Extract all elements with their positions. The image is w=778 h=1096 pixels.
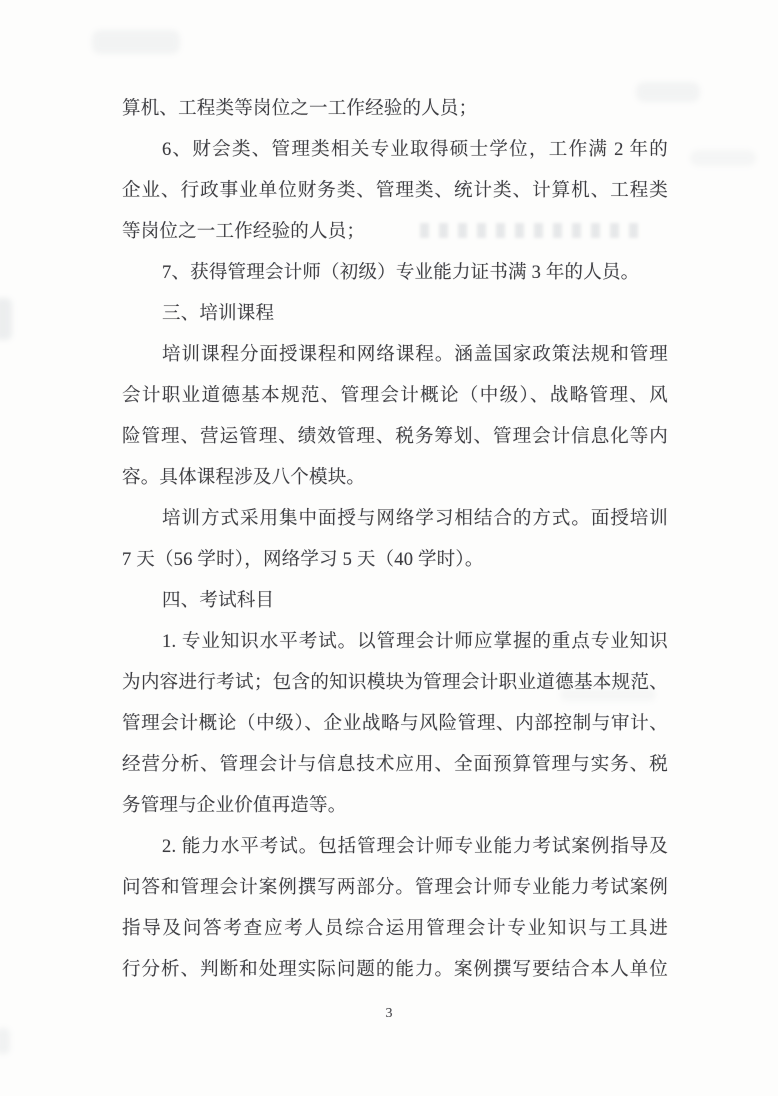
text-line: 容。具体课程涉及八个模块。 — [122, 458, 668, 499]
text-line: 经营分析、管理会计与信息技术应用、全面预算管理与实务、税 — [122, 745, 668, 786]
text-line: 险管理、营运管理、绩效管理、税务筹划、管理会计信息化等内 — [122, 417, 668, 458]
text-line: 务管理与企业价值再造等。 — [122, 786, 668, 827]
page-footer: 3 — [0, 1006, 778, 1022]
text-line: 培训方式采用集中面授与网络学习相结合的方式。面授培训 — [122, 499, 668, 540]
text-line: 为内容进行考试；包含的知识模块为管理会计职业道德基本规范、 — [122, 663, 668, 704]
text-line: 等岗位之一工作经验的人员； — [122, 212, 668, 253]
page-number: 3 — [386, 1006, 393, 1021]
text-line: 7 天（56 学时），网络学习 5 天（40 学时）。 — [122, 540, 668, 581]
document-body: 算机、工程类等岗位之一工作经验的人员；6、财会类、管理类相关专业取得硕士学位，工… — [122, 89, 668, 991]
scan-smudge — [92, 30, 180, 54]
text-line: 2. 能力水平考试。包括管理会计师专业能力考试案例指导及 — [122, 827, 668, 868]
heading-line: 四、考试科目 — [122, 581, 668, 622]
text-line: 管理会计概论（中级）、企业战略与风险管理、内部控制与审计、 — [122, 704, 668, 745]
text-line: 企业、行政事业单位财务类、管理类、统计类、计算机、工程类 — [122, 171, 668, 212]
document-page: 算机、工程类等岗位之一工作经验的人员；6、财会类、管理类相关专业取得硕士学位，工… — [0, 0, 778, 1096]
text-line: 培训课程分面授课程和网络课程。涵盖国家政策法规和管理 — [122, 335, 668, 376]
text-line: 行分析、判断和处理实际问题的能力。案例撰写要结合本人单位 — [122, 950, 668, 991]
text-line: 问答和管理会计案例撰写两部分。管理会计师专业能力考试案例 — [122, 868, 668, 909]
text-line: 1. 专业知识水平考试。以管理会计师应掌握的重点专业知识 — [122, 622, 668, 663]
text-line: 指导及问答考查应考人员综合运用管理会计专业知识与工具进 — [122, 909, 668, 950]
text-line: 会计职业道德基本规范、管理会计概论（中级）、战略管理、风 — [122, 376, 668, 417]
text-line: 算机、工程类等岗位之一工作经验的人员； — [122, 89, 668, 130]
heading-line: 三、培训课程 — [122, 294, 668, 335]
text-line: 6、财会类、管理类相关专业取得硕士学位，工作满 2 年的 — [122, 130, 668, 171]
text-line: 7、获得管理会计师（初级）专业能力证书满 3 年的人员。 — [122, 253, 668, 294]
scan-smudge — [0, 1028, 10, 1054]
scan-smudge — [690, 150, 756, 166]
scan-smudge — [0, 298, 12, 340]
